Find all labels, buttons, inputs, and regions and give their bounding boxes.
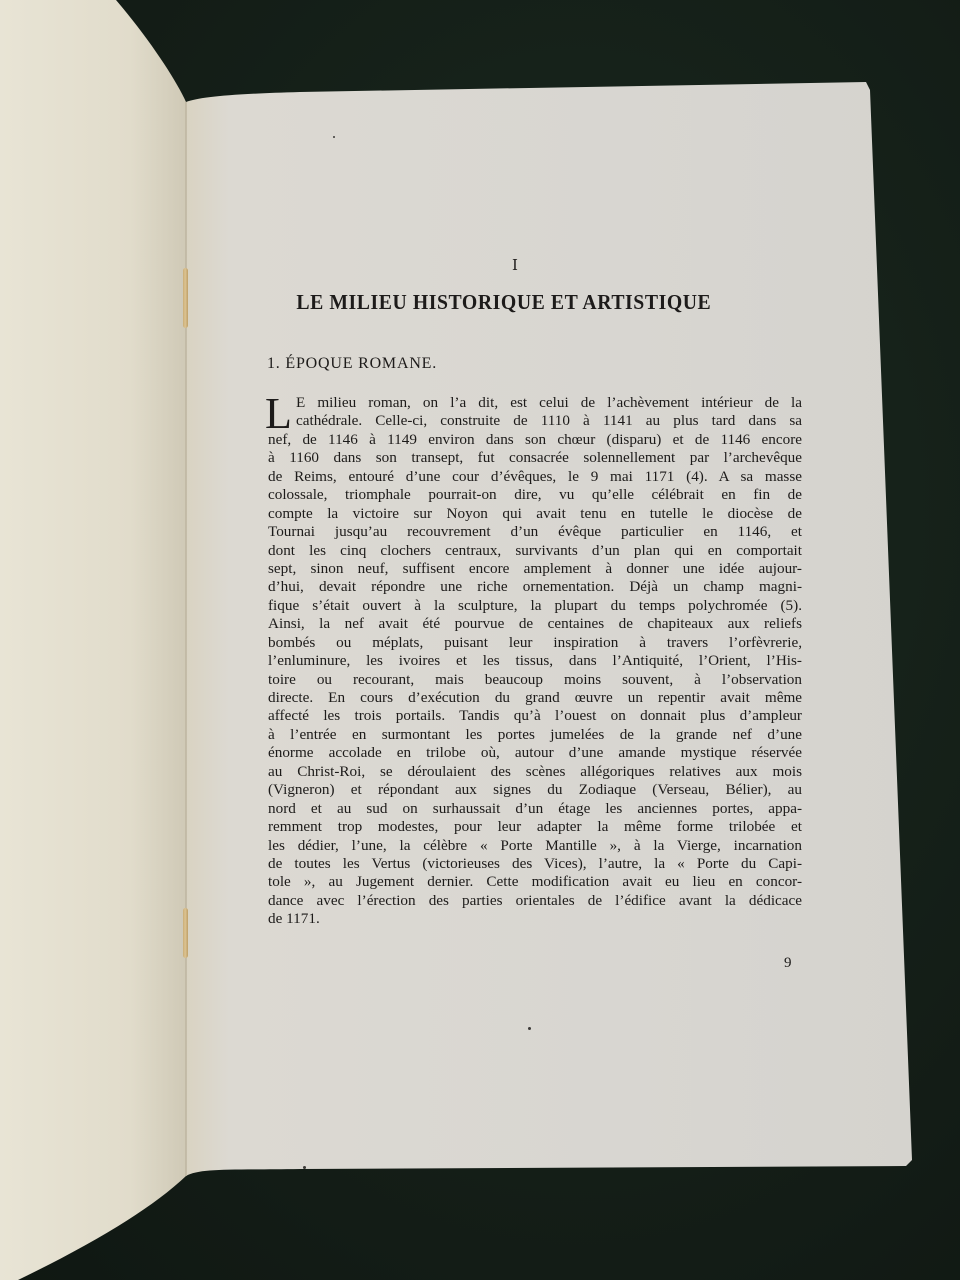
text-line: de toutes les Vertus (victorieuses des V… [268, 855, 802, 873]
body-paragraph: L E milieu roman, on l’a dit, est celui … [268, 394, 802, 929]
text-line: nef, de 1146 à 1149 environ dans son chœ… [268, 431, 802, 449]
text-line: nord et au sud on surhaussait d’un étage… [268, 800, 802, 818]
chapter-title: LE MILIEU HISTORIQUE ET ARTISTIQUE [290, 290, 718, 315]
text-line: tole », au Jugement dernier. Cette modif… [268, 873, 802, 891]
text-line: fique s’était ouvert à la sculpture, la … [268, 597, 802, 615]
chapter-number: I [505, 256, 525, 274]
text-line: sept, sinon neuf, suffisent encore ample… [268, 560, 802, 578]
text-line: Ainsi, la nef avait été pourvue de centa… [268, 615, 802, 633]
text-line: remment trop modestes, pour leur adapter… [268, 818, 802, 836]
page-number: 9 [784, 955, 792, 972]
drop-cap: L [265, 394, 292, 434]
page-content: I LE MILIEU HISTORIQUE ET ARTISTIQUE 1. … [0, 0, 960, 1280]
text-line: compte la victoire sur Noyon qui avait t… [268, 505, 802, 523]
text-line: colossale, triomphale pourrait-on dire, … [268, 486, 802, 504]
text-line: dance avec l’érection des parties orient… [268, 892, 802, 910]
text-line: les dédier, l’une, la célèbre « Porte Ma… [268, 837, 802, 855]
text-line: l’enluminure, les ivoires et les tissus,… [268, 652, 802, 670]
text-line: affecté les trois portails. Tandis qu’à … [268, 707, 802, 725]
text-line: E milieu roman, on l’a dit, est celui de… [268, 394, 802, 412]
text-line: de Reims, entouré d’une cour d’évêques, … [268, 468, 802, 486]
text-line: dont les cinq clochers centraux, surviva… [268, 542, 802, 560]
text-line: énorme accolade en trilobe où, autour d’… [268, 744, 802, 762]
text-line: directe. En cours d’exécution du grand œ… [268, 689, 802, 707]
text-line: d’hui, devait répondre une riche ornemen… [268, 578, 802, 596]
text-line: toire ou recourant, mais beaucoup moins … [268, 671, 802, 689]
text-line: Tournai jusqu’au recouvrement d’un évêqu… [268, 523, 802, 541]
text-line: cathédrale. Celle-ci, construite de 1110… [268, 412, 802, 430]
text-line: (Vigneron) et répondant aux signes du Zo… [268, 781, 802, 799]
text-line: à 1160 dans son transept, fut consacrée … [268, 449, 802, 467]
text-line: au Christ-Roi, se déroulaient des scènes… [268, 763, 802, 781]
text-line: de 1171. [268, 910, 802, 928]
text-line: à l’entrée en surmontant les portes jume… [268, 726, 802, 744]
text-line: bombés ou méplats, puisant leur inspirat… [268, 634, 802, 652]
section-heading: 1. ÉPOQUE ROMANE. [267, 355, 437, 373]
